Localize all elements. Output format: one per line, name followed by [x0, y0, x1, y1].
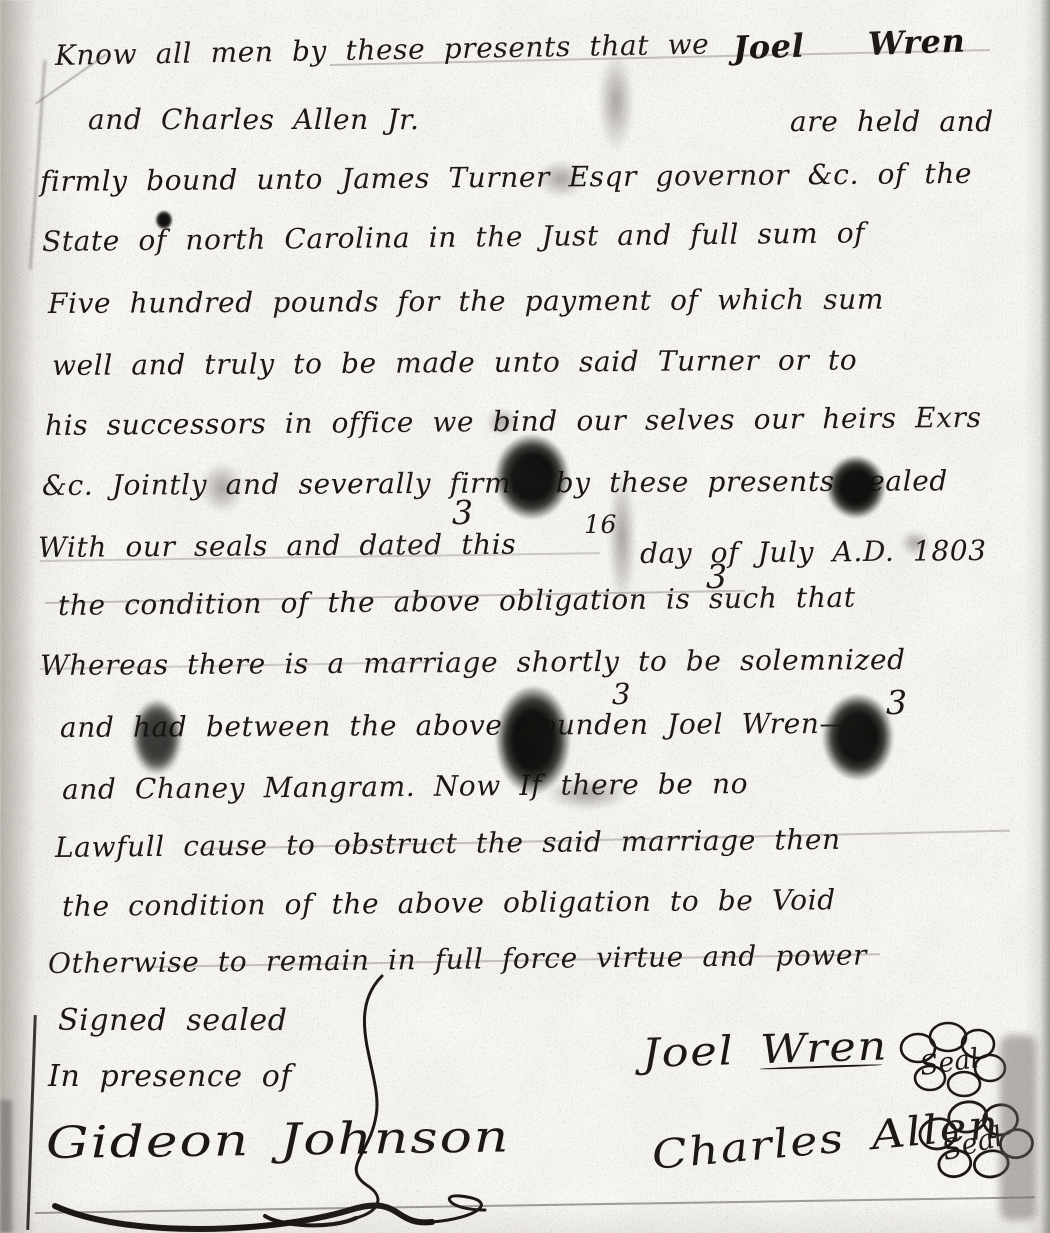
ink-blot: [822, 693, 894, 781]
ink-blot: [155, 210, 173, 230]
doc-line-06: well and truly to be made unto said Turn…: [52, 346, 857, 380]
day-superscript: 16: [584, 512, 617, 537]
name-wren: Wren: [867, 25, 965, 60]
doc-line-05: Five hundred pounds for the payment of w…: [48, 286, 884, 318]
doc-line-11: Whereas there is a marriage shortly to b…: [40, 646, 906, 680]
signature-joel-wren: Joel Wren: [641, 1026, 888, 1074]
name-joel: Joel: [732, 30, 804, 64]
stray-mark-3: 3: [452, 496, 474, 529]
doc-line-07: his successors in office we bind our sel…: [45, 404, 982, 440]
ink-blot: [826, 455, 886, 519]
scan-edge-bottomleft-dark: [0, 1100, 12, 1233]
doc-line-09-date: day of July A.D. 1803: [640, 537, 987, 568]
stain-smudge: [598, 52, 634, 152]
document-scan: Know all men by these presents that we J…: [0, 0, 1050, 1233]
scan-edge-right-line: [1040, 0, 1050, 1233]
doc-line-13: and Chaney Mangram. Now If there be no: [62, 770, 748, 804]
doc-line-03: firmly bound unto James Turner Esqr gove…: [40, 160, 972, 196]
doc-line-09: With our seals and dated this: [38, 531, 516, 562]
doc-line-02-right: are held and: [790, 108, 994, 136]
stray-mark-3: 3: [612, 680, 631, 709]
seal-word: Seal: [918, 1043, 981, 1082]
doc-line-15: the condition of the above obligation to…: [62, 886, 836, 921]
doc-line-02: and Charles Allen Jr.: [88, 106, 420, 134]
brace-flourish: [30, 958, 650, 1233]
seal-word: Seal: [938, 1119, 1006, 1167]
ink-blot: [494, 434, 570, 520]
ink-blot: [132, 699, 182, 775]
ink-blot: [495, 685, 571, 795]
doc-line-10: the condition of the above obligation is…: [58, 584, 856, 620]
doc-line-14: Lawfull cause to obstruct the said marri…: [55, 826, 841, 862]
stray-mark-3: 3: [886, 686, 908, 719]
stray-mark-3: 3: [706, 560, 728, 593]
